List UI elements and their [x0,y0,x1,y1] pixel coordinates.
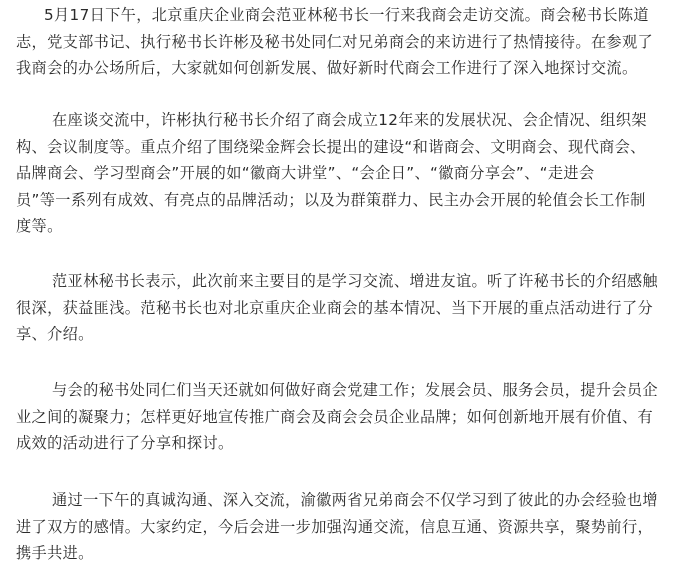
paragraph-line: 5月17日下午，北京重庆企业商会范亚林秘书长一行来我商会走访交流。商会秘书长陈道 [16,2,661,29]
paragraph-line: 享、介绍。 [16,321,661,348]
paragraph-line: 进了双方的感情。大家约定，今后会进一步加强沟通交流，信息互通、资源共享，聚势前行… [16,514,661,541]
paragraph-line: 业之间的凝聚力；怎样更好地宣传推广商会及商会会员企业品牌；如何创新地开展有价值、… [16,404,661,431]
paragraph-line: 通过一下午的真诚沟通、深入交流，渝徽两省兄弟商会不仅学习到了彼此的办会经验也增 [16,487,661,514]
paragraph-line: 与会的秘书处同仁们当天还就如何做好商会党建工作；发展会员、服务会员，提升会员企 [16,377,661,404]
paragraph-line: 携手共进。 [16,540,661,563]
paragraph-line: 成效的活动进行了分享和探讨。 [16,430,661,457]
paragraph-line: 在座谈交流中，许彬执行秘书长介绍了商会成立12年来的发展状况、会企情况、组织架 [16,107,661,134]
paragraph-conclusion: 通过一下午的真诚沟通、深入交流，渝徽两省兄弟商会不仅学习到了彼此的办会经验也增 … [16,487,661,563]
paragraph-meeting-discussion: 在座谈交流中，许彬执行秘书长介绍了商会成立12年来的发展状况、会企情况、组织架 … [16,107,661,240]
paragraph-line: 志，党支部书记、执行秘书长许彬及秘书处同仁对兄弟商会的来访进行了热情接待。在参观… [16,29,661,56]
paragraph-line: 范亚林秘书长表示，此次前来主要目的是学习交流、增进友谊。听了许秘书长的介绍感触 [16,268,661,295]
paragraph-fan-remarks: 范亚林秘书长表示，此次前来主要目的是学习交流、增进友谊。听了许秘书长的介绍感触 … [16,268,661,348]
paragraph-line: 我商会的办公场所后，大家就如何创新发展、做好新时代商会工作进行了深入地探讨交流。 [16,55,661,82]
paragraph-line: 构、会议制度等。重点介绍了围绕梁金辉会长提出的建设“和谐商会、文明商会、现代商会… [16,134,661,161]
paragraph-staff-exchange: 与会的秘书处同仁们当天还就如何做好商会党建工作；发展会员、服务会员，提升会员企 … [16,377,661,457]
paragraph-line: 员”等一系列有成效、有亮点的品牌活动；以及为群策群力、民主办会开展的轮值会长工作… [16,187,661,214]
paragraph-visit-intro: 5月17日下午，北京重庆企业商会范亚林秘书长一行来我商会走访交流。商会秘书长陈道… [16,2,661,82]
paragraph-line: 品牌商会、学习型商会”开展的如“徽商大讲堂”、“会企日”、“徽商分享会”、“走进… [16,160,661,187]
paragraph-line: 很深，获益匪浅。范秘书长也对北京重庆企业商会的基本情况、当下开展的重点活动进行了… [16,295,661,322]
paragraph-line: 度等。 [16,213,661,240]
